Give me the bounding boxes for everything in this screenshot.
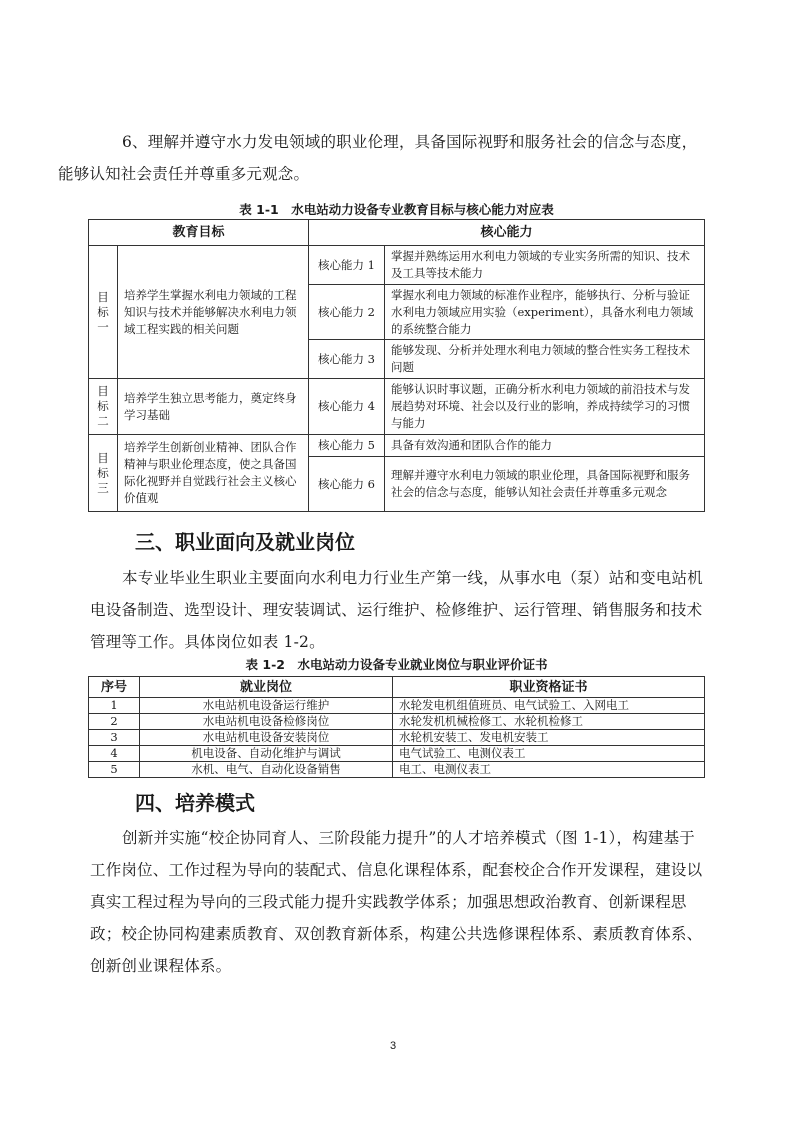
table-row: 目标三 培养学生创新创业精神、团队合作精神与职业伦理态度，使之具备国际化视野并自…: [89, 435, 705, 457]
capability-text: 理解并遵守水利电力领域的职业伦理，具备国际视野和服务社会的信念与态度，能够认知社…: [385, 457, 705, 512]
table-row: 3 水电站机电设备安装岗位 水轮机安装工、发电机安装工: [89, 730, 705, 746]
table-row: 4 机电设备、自动化维护与调试 电气试验工、电测仪表工: [89, 746, 705, 762]
section-4-heading: 四、培养模式: [135, 787, 255, 816]
intro-paragraph: 6、理解并遵守水力发电领域的职业伦理，具备国际视野和服务社会的信念与态度， 能够…: [90, 126, 706, 190]
header-education-goal: 教育目标: [89, 220, 309, 246]
table-header-row: 教育目标 核心能力: [89, 220, 705, 246]
header-certificate: 职业资格证书: [393, 677, 705, 698]
page-number: 3: [390, 1040, 396, 1052]
cell-position: 水电站机电设备运行维护: [140, 698, 393, 714]
cell-position: 水电站机电设备检修岗位: [140, 714, 393, 730]
cell-certificate: 电气试验工、电测仪表工: [393, 746, 705, 762]
table2-caption: 表 1-2 水电站动力设备专业就业岗位与职业评价证书: [88, 655, 705, 673]
capability-label: 核心能力 4: [309, 379, 385, 435]
capability-text: 具备有效沟通和团队合作的能力: [385, 435, 705, 457]
table-row: 5 水机、电气、自动化设备销售 电工、电测仪表工: [89, 762, 705, 778]
section-3-heading: 三、职业面向及就业岗位: [135, 526, 355, 555]
table-employment-positions-certificates: 序号 就业岗位 职业资格证书 1 水电站机电设备运行维护 水轮发电机组值班员、电…: [88, 676, 705, 778]
cell-certificate: 水轮机安装工、发电机安装工: [393, 730, 705, 746]
capability-label: 核心能力 1: [309, 246, 385, 285]
table-row: 2 水电站机电设备检修岗位 水轮发机机械检修工、水轮机检修工: [89, 714, 705, 730]
capability-label: 核心能力 2: [309, 285, 385, 340]
capability-text: 能够认识时事议题，正确分析水利电力领域的前沿技术与发展趋势对环境、社会以及行业的…: [385, 379, 705, 435]
cell-position: 机电设备、自动化维护与调试: [140, 746, 393, 762]
capability-label: 核心能力 3: [309, 340, 385, 379]
cell-serial: 2: [89, 714, 140, 730]
goal-description: 培养学生创新创业精神、团队合作精神与职业伦理态度，使之具备国际化视野并自觉践行社…: [118, 435, 309, 512]
cell-certificate: 水轮发机机械检修工、水轮机检修工: [393, 714, 705, 730]
header-serial: 序号: [89, 677, 140, 698]
table-header-row: 序号 就业岗位 职业资格证书: [89, 677, 705, 698]
capability-text: 掌握并熟练运用水利电力领域的专业实务所需的知识、技术及工具等技术能力: [385, 246, 705, 285]
capability-label: 核心能力 6: [309, 457, 385, 512]
cell-position: 水机、电气、自动化设备销售: [140, 762, 393, 778]
capability-text: 能够发现、分析并处理水利电力领域的整合性实务工程技术问题: [385, 340, 705, 379]
goal-description: 培养学生掌握水利电力领域的工程知识与技术并能够解决水利电力领域工程实践的相关问题: [118, 246, 309, 379]
capability-text: 掌握水利电力领域的标准作业程序，能够执行、分析与验证水利电力领域应用实验（exp…: [385, 285, 705, 340]
cell-certificate: 电工、电测仪表工: [393, 762, 705, 778]
cell-serial: 3: [89, 730, 140, 746]
goal-description: 培养学生独立思考能力，奠定终身学习基础: [118, 379, 309, 435]
goal-label: 目标一: [89, 246, 118, 379]
section-3-paragraph: 本专业毕业生职业主要面向水利电力行业生产第一线，从事水电（泵）站和变电站机电设备…: [90, 562, 706, 658]
goal-label: 目标三: [89, 435, 118, 512]
cell-position: 水电站机电设备安装岗位: [140, 730, 393, 746]
cell-serial: 5: [89, 762, 140, 778]
capability-label: 核心能力 5: [309, 435, 385, 457]
table-row: 目标一 培养学生掌握水利电力领域的工程知识与技术并能够解决水利电力领域工程实践的…: [89, 246, 705, 285]
table-row: 1 水电站机电设备运行维护 水轮发电机组值班员、电气试验工、入网电工: [89, 698, 705, 714]
intro-line-1: 6、理解并遵守水力发电领域的职业伦理，具备国际视野和服务社会的信念与态度，: [122, 133, 697, 151]
cell-serial: 4: [89, 746, 140, 762]
section-4-paragraph: 创新并实施“校企协同育人、三阶段能力提升”的人才培养模式（图 1-1），构建基于…: [90, 822, 706, 982]
header-position: 就业岗位: [140, 677, 393, 698]
header-core-capability: 核心能力: [309, 220, 705, 246]
table-row: 目标二 培养学生独立思考能力，奠定终身学习基础 核心能力 4 能够认识时事议题，…: [89, 379, 705, 435]
table-education-goals-core-capabilities: 教育目标 核心能力 目标一 培养学生掌握水利电力领域的工程知识与技术并能够解决水…: [88, 219, 705, 512]
table1-caption: 表 1-1 水电站动力设备专业教育目标与核心能力对应表: [88, 200, 705, 218]
cell-serial: 1: [89, 698, 140, 714]
cell-certificate: 水轮发电机组值班员、电气试验工、入网电工: [393, 698, 705, 714]
intro-line-2: 能够认知社会责任并尊重多元观念。: [58, 165, 309, 183]
goal-label: 目标二: [89, 379, 118, 435]
